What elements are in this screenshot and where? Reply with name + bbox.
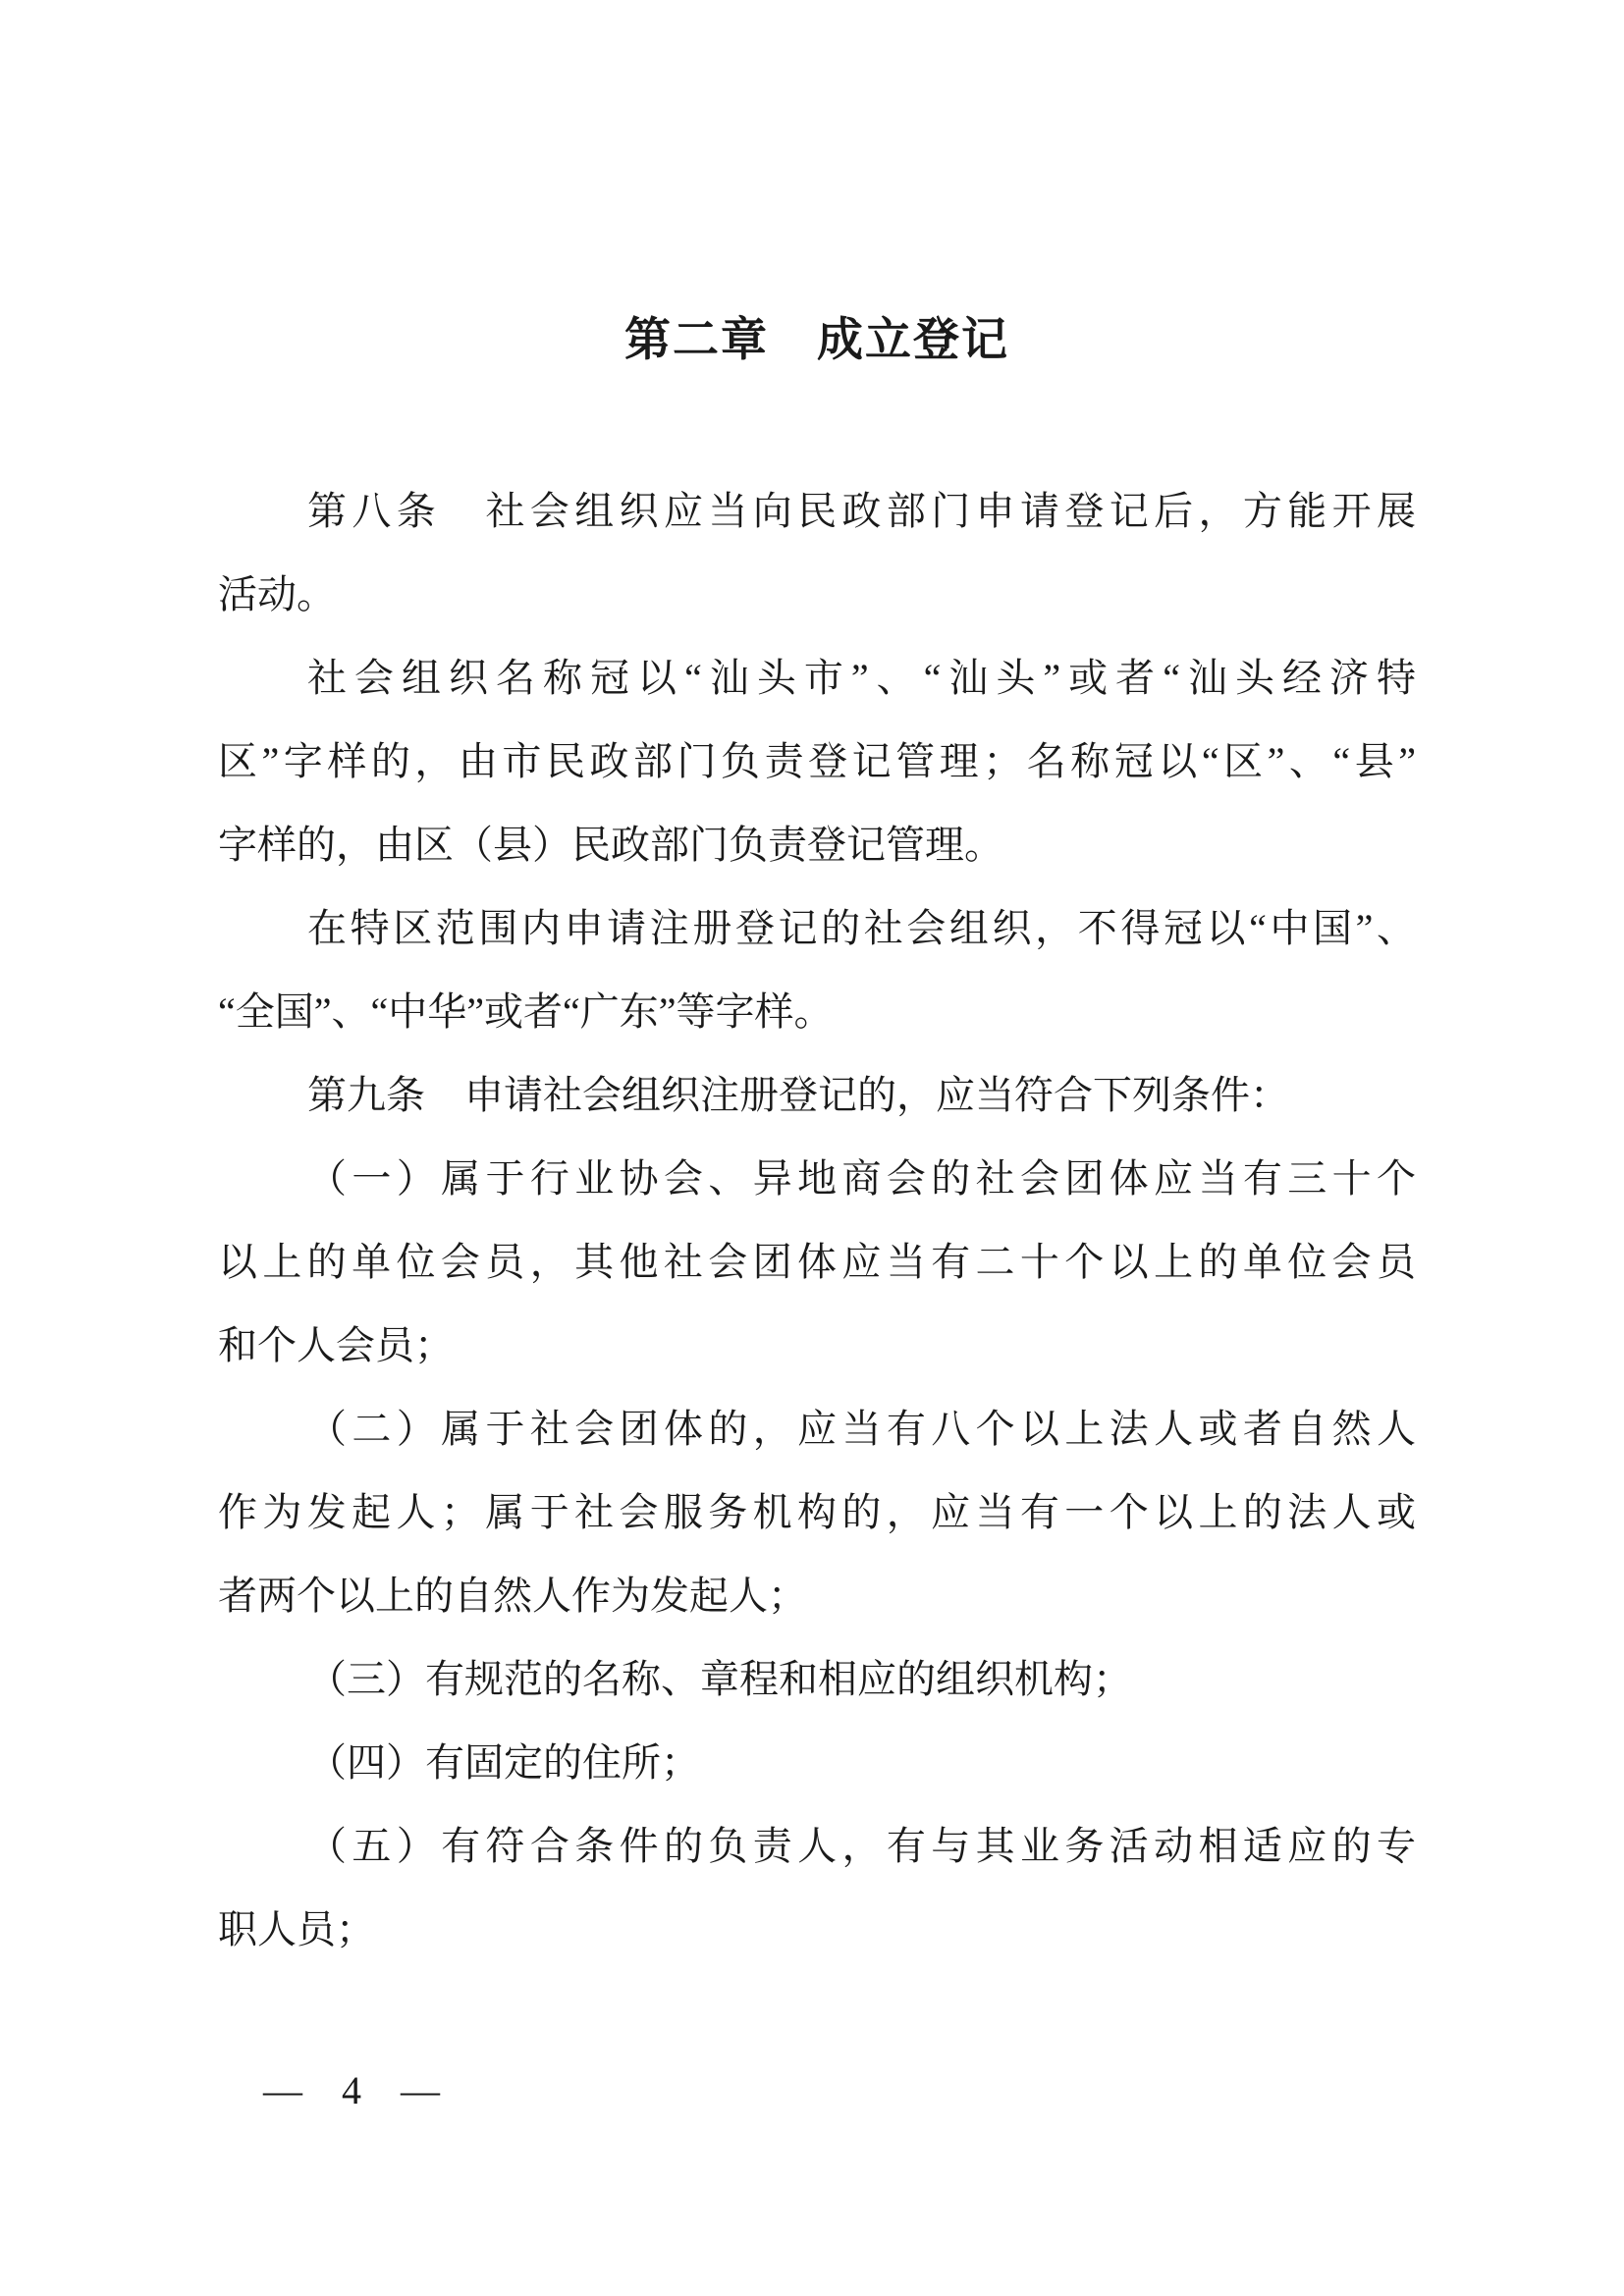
document-body: 第八条 社会组织应当向民政部门申请登记后，方能开展活动。社会组织名称冠以“汕头市… [218, 469, 1416, 1971]
text-line: （二）属于社会团体的，应当有八个以上法人或者自然人 [218, 1387, 1416, 1470]
text-line: 活动。 [218, 553, 1416, 636]
paragraph: （五）有符合条件的负责人，有与其业务活动相适应的专职人员； [218, 1804, 1416, 1971]
text-line: 在特区范围内申请注册登记的社会组织，不得冠以“中国”、 [218, 886, 1416, 970]
paragraph: 在特区范围内申请注册登记的社会组织，不得冠以“中国”、“全国”、“中华”或者“广… [218, 886, 1416, 1053]
text-line: 区”字样的，由市民政部门负责登记管理；名称冠以“区”、“县” [218, 720, 1416, 803]
paragraph: （一）属于行业协会、异地商会的社会团体应当有三十个以上的单位会员，其他社会团体应… [218, 1137, 1416, 1387]
text-line: （三）有规范的名称、章程和相应的组织机构； [218, 1637, 1416, 1721]
paragraph: 第八条 社会组织应当向民政部门申请登记后，方能开展活动。 [218, 469, 1416, 636]
text-line: 和个人会员； [218, 1304, 1416, 1387]
text-line: 以上的单位会员，其他社会团体应当有二十个以上的单位会员 [218, 1220, 1416, 1304]
text-line: 第八条 社会组织应当向民政部门申请登记后，方能开展 [218, 469, 1416, 553]
paragraph: 第九条 申请社会组织注册登记的，应当符合下列条件： [218, 1053, 1416, 1137]
footer-dash-right: — [401, 2067, 440, 2114]
paragraph: （二）属于社会团体的，应当有八个以上法人或者自然人作为发起人；属于社会服务机构的… [218, 1387, 1416, 1637]
document-page: 第二章 成立登记 第八条 社会组织应当向民政部门申请登记后，方能开展活动。社会组… [0, 0, 1624, 2296]
text-line: （五）有符合条件的负责人，有与其业务活动相适应的专 [218, 1804, 1416, 1888]
page-number: 4 [342, 2067, 361, 2114]
paragraph: （四）有固定的住所； [218, 1721, 1416, 1804]
text-line: 作为发起人；属于社会服务机构的，应当有一个以上的法人或 [218, 1470, 1416, 1554]
text-line: 第九条 申请社会组织注册登记的，应当符合下列条件： [218, 1053, 1416, 1137]
paragraph: 社会组织名称冠以“汕头市”、“汕头”或者“汕头经济特区”字样的，由市民政部门负责… [218, 636, 1416, 886]
text-line: （四）有固定的住所； [218, 1721, 1416, 1804]
text-line: （一）属于行业协会、异地商会的社会团体应当有三十个 [218, 1137, 1416, 1220]
footer-dash-left: — [263, 2067, 302, 2114]
text-line: 字样的，由区（县）民政部门负责登记管理。 [218, 803, 1416, 886]
text-line: 者两个以上的自然人作为发起人； [218, 1554, 1416, 1637]
chapter-title: 第二章 成立登记 [218, 312, 1416, 367]
paragraph: （三）有规范的名称、章程和相应的组织机构； [218, 1637, 1416, 1721]
text-line: 社会组织名称冠以“汕头市”、“汕头”或者“汕头经济特 [218, 636, 1416, 720]
text-line: “全国”、“中华”或者“广东”等字样。 [218, 970, 1416, 1053]
text-line: 职人员； [218, 1888, 1416, 1971]
page-footer: — 4 — [263, 2067, 440, 2114]
